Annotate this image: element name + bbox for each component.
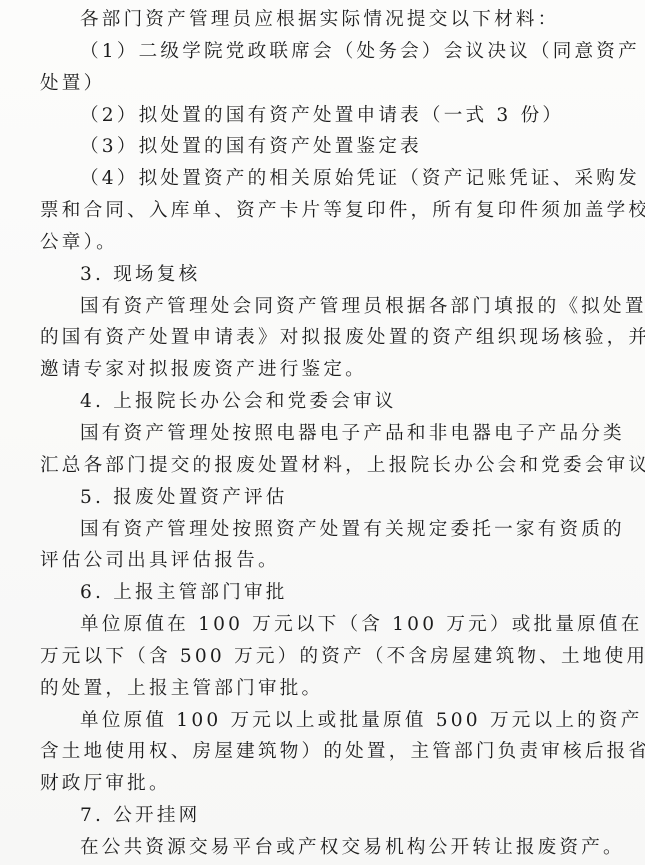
material-item-4: （4）拟处置资产的相关原始凭证（资产记账凭证、采购发 <box>40 163 610 195</box>
section-4-paragraph-cont: 汇总各部门提交的报废处置材料，上报院长办公会和党委会审议。 <box>40 450 610 482</box>
section-heading-6: 6. 上报主管部门审批 <box>40 577 610 609</box>
material-item-4-cont: 公章）。 <box>40 227 610 259</box>
section-6-paragraph-2: 单位原值 100 万元以上或批量原值 500 万元以上的资产（不 <box>40 705 610 737</box>
section-4-paragraph: 国有资产管理处按照电器电子产品和非电器电子产品分类 <box>40 418 610 450</box>
section-3-paragraph-cont: 邀请专家对拟报废资产进行鉴定。 <box>40 354 610 386</box>
document-body: 各部门资产管理员应根据实际情况提交以下材料： （1）二级学院党政联席会（处务会）… <box>40 4 610 864</box>
section-6-paragraph-2-cont: 财政厅审批。 <box>40 768 610 800</box>
section-5-paragraph-cont: 评估公司出具评估报告。 <box>40 545 610 577</box>
materials-intro: 各部门资产管理员应根据实际情况提交以下材料： <box>40 4 610 36</box>
material-item-4-cont: 票和合同、入库单、资产卡片等复印件，所有复印件须加盖学校 <box>40 195 610 227</box>
material-item-3: （3）拟处置的国有资产处置鉴定表 <box>40 131 610 163</box>
material-item-1-cont: 处置） <box>40 68 610 100</box>
section-7-paragraph: 在公共资源交易平台或产权交易机构公开转让报废资产。 <box>40 832 610 864</box>
section-3-paragraph-cont: 的国有资产处置申请表》对拟报废处置的资产组织现场核验，并 <box>40 322 610 354</box>
material-item-1: （1）二级学院党政联席会（处务会）会议决议（同意资产 <box>40 36 610 68</box>
section-heading-5: 5. 报废处置资产评估 <box>40 482 610 514</box>
section-heading-4: 4. 上报院长办公会和党委会审议 <box>40 386 610 418</box>
section-6-paragraph-1-cont: 的处置，上报主管部门审批。 <box>40 673 610 705</box>
section-3-paragraph: 国有资产管理处会同资产管理员根据各部门填报的《拟处置 <box>40 291 610 323</box>
section-heading-7: 7. 公开挂网 <box>40 800 610 832</box>
section-6-paragraph-2-cont: 含土地使用权、房屋建筑物）的处置，主管部门负责审核后报省 <box>40 736 610 768</box>
material-item-2: （2）拟处置的国有资产处置申请表（一式 3 份） <box>40 100 610 132</box>
section-5-paragraph: 国有资产管理处按照资产处置有关规定委托一家有资质的 <box>40 514 610 546</box>
section-6-paragraph-1: 单位原值在 100 万元以下（含 100 万元）或批量原值在 500 <box>40 609 610 641</box>
section-heading-3: 3. 现场复核 <box>40 259 610 291</box>
scanned-document-page: 各部门资产管理员应根据实际情况提交以下材料： （1）二级学院党政联席会（处务会）… <box>0 0 645 865</box>
section-6-paragraph-1-cont: 万元以下（含 500 万元）的资产（不含房屋建筑物、土地使用权） <box>40 641 610 673</box>
